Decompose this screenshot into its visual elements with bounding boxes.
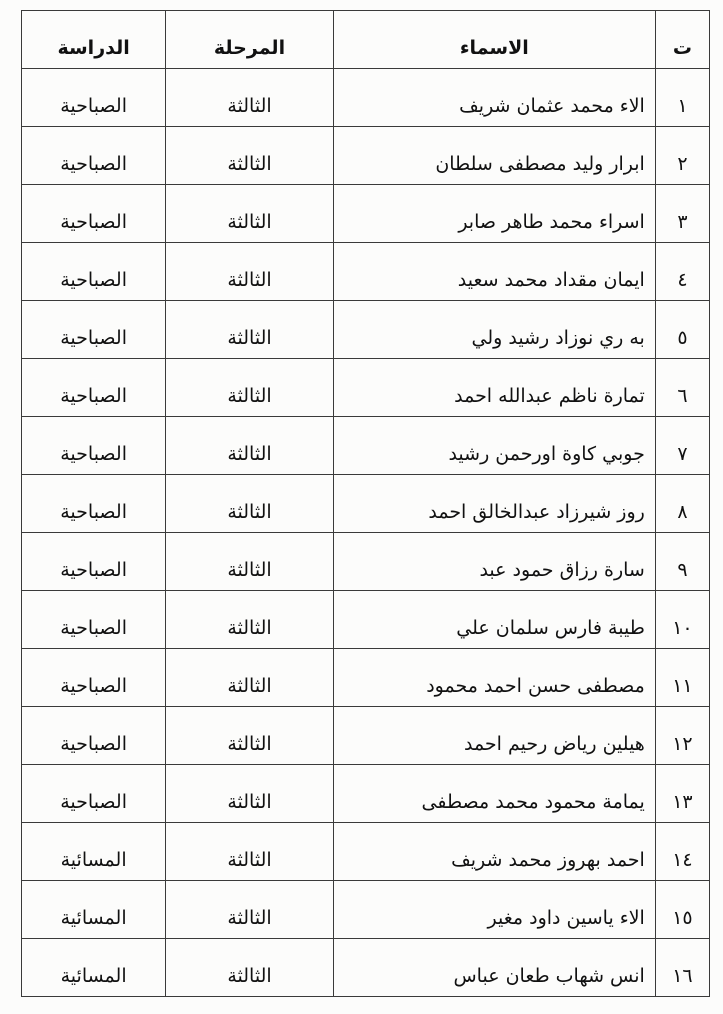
- row-stage: الثالثة: [166, 417, 334, 475]
- table-row: ١٥ الاء ياسين داود مغير الثالثة المسائية: [22, 881, 710, 939]
- row-stage: الثالثة: [166, 591, 334, 649]
- row-name: احمد بهروز محمد شريف: [333, 823, 655, 881]
- row-name: روز شيرزاد عبدالخالق احمد: [333, 475, 655, 533]
- student-roster-table: ت الاسماء المرحلة الدراسة ١ الاء محمد عث…: [21, 10, 710, 997]
- table-row: ١ الاء محمد عثمان شريف الثالثة الصباحية: [22, 69, 710, 127]
- table-row: ٧ جوبي كاوة اورحمن رشيد الثالثة الصباحية: [22, 417, 710, 475]
- header-stage: المرحلة: [166, 11, 334, 69]
- row-study: الصباحية: [22, 649, 166, 707]
- row-name: ابرار وليد مصطفى سلطان: [333, 127, 655, 185]
- row-number: ١١: [655, 649, 709, 707]
- row-stage: الثالثة: [166, 939, 334, 997]
- table-row: ١٢ هيلين رياض رحيم احمد الثالثة الصباحية: [22, 707, 710, 765]
- row-name: الاء محمد عثمان شريف: [333, 69, 655, 127]
- row-name: جوبي كاوة اورحمن رشيد: [333, 417, 655, 475]
- row-number: ١٣: [655, 765, 709, 823]
- row-study: الصباحية: [22, 185, 166, 243]
- row-stage: الثالثة: [166, 823, 334, 881]
- header-study: الدراسة: [22, 11, 166, 69]
- row-stage: الثالثة: [166, 301, 334, 359]
- document-page: ت الاسماء المرحلة الدراسة ١ الاء محمد عث…: [0, 0, 723, 1014]
- row-stage: الثالثة: [166, 127, 334, 185]
- row-name: يمامة محمود محمد مصطفى: [333, 765, 655, 823]
- row-study: الصباحية: [22, 417, 166, 475]
- table-row: ١٦ انس شهاب طعان عباس الثالثة المسائية: [22, 939, 710, 997]
- row-study: الصباحية: [22, 475, 166, 533]
- row-study: الصباحية: [22, 765, 166, 823]
- row-name: تمارة ناظم عبدالله احمد: [333, 359, 655, 417]
- row-study: المسائية: [22, 881, 166, 939]
- row-stage: الثالثة: [166, 69, 334, 127]
- row-study: الصباحية: [22, 243, 166, 301]
- row-name: انس شهاب طعان عباس: [333, 939, 655, 997]
- table-row: ٩ سارة رزاق حمود عبد الثالثة الصباحية: [22, 533, 710, 591]
- row-study: الصباحية: [22, 127, 166, 185]
- header-name: الاسماء: [333, 11, 655, 69]
- row-name: به ري نوزاد رشيد ولي: [333, 301, 655, 359]
- row-name: هيلين رياض رحيم احمد: [333, 707, 655, 765]
- table-row: ٣ اسراء محمد طاهر صابر الثالثة الصباحية: [22, 185, 710, 243]
- row-name: مصطفى حسن احمد محمود: [333, 649, 655, 707]
- row-name: الاء ياسين داود مغير: [333, 881, 655, 939]
- row-study: الصباحية: [22, 707, 166, 765]
- table-row: ١٣ يمامة محمود محمد مصطفى الثالثة الصباح…: [22, 765, 710, 823]
- row-number: ١٦: [655, 939, 709, 997]
- table-row: ١٠ طيبة فارس سلمان علي الثالثة الصباحية: [22, 591, 710, 649]
- row-stage: الثالثة: [166, 649, 334, 707]
- row-number: ٨: [655, 475, 709, 533]
- row-study: المسائية: [22, 823, 166, 881]
- table-row: ٨ روز شيرزاد عبدالخالق احمد الثالثة الصب…: [22, 475, 710, 533]
- row-study: الصباحية: [22, 69, 166, 127]
- row-number: ٥: [655, 301, 709, 359]
- header-number: ت: [655, 11, 709, 69]
- row-number: ٣: [655, 185, 709, 243]
- row-number: ١٢: [655, 707, 709, 765]
- table-row: ٥ به ري نوزاد رشيد ولي الثالثة الصباحية: [22, 301, 710, 359]
- row-number: ١٥: [655, 881, 709, 939]
- row-number: ٧: [655, 417, 709, 475]
- row-name: اسراء محمد طاهر صابر: [333, 185, 655, 243]
- table-row: ١١ مصطفى حسن احمد محمود الثالثة الصباحية: [22, 649, 710, 707]
- row-number: ٩: [655, 533, 709, 591]
- row-name: ايمان مقداد محمد سعيد: [333, 243, 655, 301]
- table-row: ١٤ احمد بهروز محمد شريف الثالثة المسائية: [22, 823, 710, 881]
- table-row: ٦ تمارة ناظم عبدالله احمد الثالثة الصباح…: [22, 359, 710, 417]
- row-stage: الثالثة: [166, 707, 334, 765]
- row-study: الصباحية: [22, 301, 166, 359]
- row-stage: الثالثة: [166, 475, 334, 533]
- row-stage: الثالثة: [166, 359, 334, 417]
- row-stage: الثالثة: [166, 243, 334, 301]
- table-header-row: ت الاسماء المرحلة الدراسة: [22, 11, 710, 69]
- row-stage: الثالثة: [166, 881, 334, 939]
- row-study: الصباحية: [22, 533, 166, 591]
- row-name: سارة رزاق حمود عبد: [333, 533, 655, 591]
- row-number: ٤: [655, 243, 709, 301]
- row-number: ٦: [655, 359, 709, 417]
- row-study: الصباحية: [22, 359, 166, 417]
- row-stage: الثالثة: [166, 765, 334, 823]
- table-row: ٤ ايمان مقداد محمد سعيد الثالثة الصباحية: [22, 243, 710, 301]
- row-study: المسائية: [22, 939, 166, 997]
- row-name: طيبة فارس سلمان علي: [333, 591, 655, 649]
- row-stage: الثالثة: [166, 533, 334, 591]
- table-row: ٢ ابرار وليد مصطفى سلطان الثالثة الصباحي…: [22, 127, 710, 185]
- row-number: ٢: [655, 127, 709, 185]
- row-study: الصباحية: [22, 591, 166, 649]
- row-stage: الثالثة: [166, 185, 334, 243]
- row-number: ١٤: [655, 823, 709, 881]
- row-number: ١٠: [655, 591, 709, 649]
- row-number: ١: [655, 69, 709, 127]
